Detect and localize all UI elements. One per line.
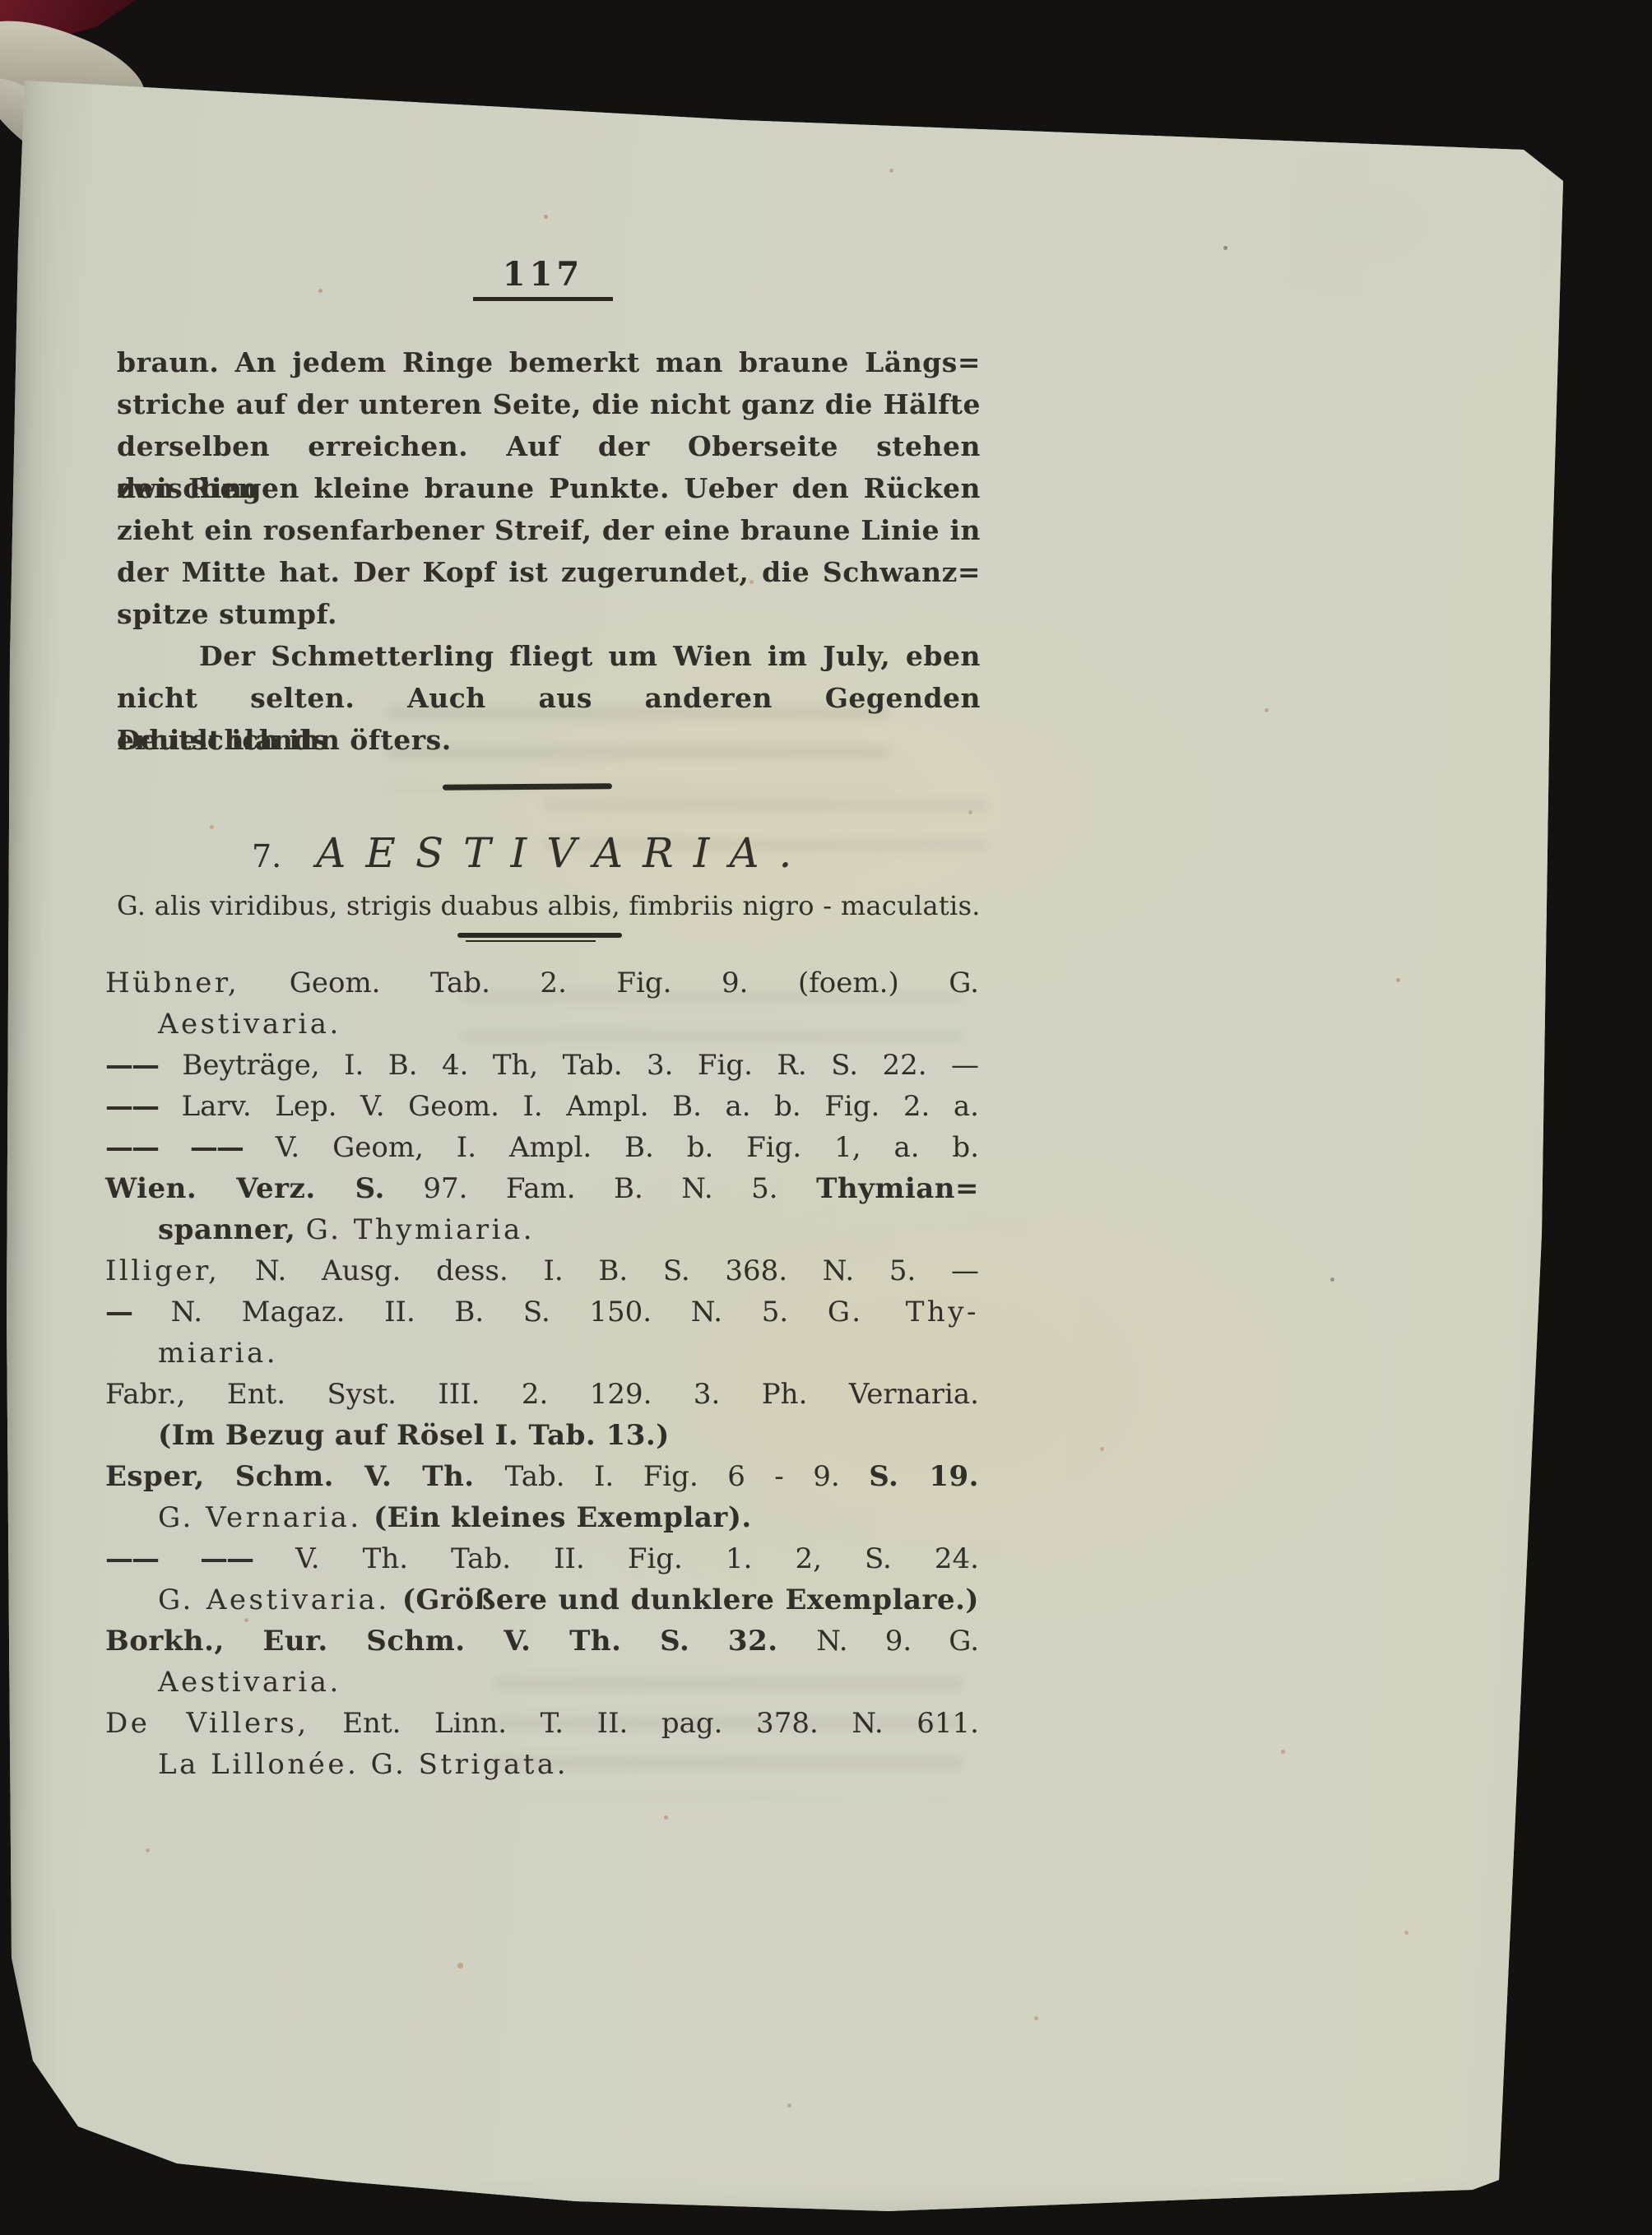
text-segment: 97. Fam. B. N. 5.: [385, 1172, 816, 1205]
text-segment: Borkh., Eur. Schm. V. Th. S. 32.: [105, 1625, 816, 1658]
text-segment: N. Ausg. dess. I. B. S. 368. N. 5. —: [220, 1254, 979, 1287]
latin-diagnosis: G. alis viridibus, strigis duabus albis,…: [117, 890, 985, 921]
ditto-dash: ——: [105, 1090, 158, 1123]
text-segment: V. Th. Tab. II. Fig. 1. 2, S. 24.: [253, 1542, 979, 1575]
page-number: 117: [473, 255, 613, 301]
text-segment: spanner,: [158, 1213, 306, 1246]
separator-rule: [443, 783, 612, 790]
text-segment: Aestivaria.: [158, 1008, 341, 1041]
text-segment: Esper, Schm. V. Th.: [105, 1460, 505, 1493]
reference-line: G. Vernaria. (Ein kleines Exemplar).: [105, 1497, 979, 1538]
reference-line: Illiger, N. Ausg. dess. I. B. S. 368. N.…: [105, 1250, 979, 1291]
reference-line: G. Aestivaria. (Größere und dunklere Exe…: [105, 1579, 979, 1621]
reference-line: Aestivaria.: [105, 1004, 979, 1045]
species-name: AESTIVARIA.: [316, 829, 811, 877]
text-line: spitze stumpf.: [117, 593, 981, 635]
reference-line: miaria.: [105, 1333, 979, 1374]
ditto-dash: —— ——: [105, 1542, 253, 1575]
text-line: erhielt ich ihn öfters.: [117, 719, 981, 761]
reference-line: (Im Bezug auf Rösel I. Tab. 13.): [105, 1415, 979, 1456]
text-segment: N. 9. G.: [816, 1625, 979, 1658]
text-line: der Mitte hat. Der Kopf ist zugerundet, …: [117, 551, 981, 593]
text-segment: G. Thymiaria.: [306, 1213, 535, 1246]
reference-line: Esper, Schm. V. Th. Tab. I. Fig. 6 - 9. …: [105, 1456, 979, 1497]
separator-double-rule: [457, 933, 622, 942]
text-line: Der Schmetterling fliegt um Wien im July…: [117, 635, 981, 677]
text-segment: G. Thy-: [828, 1296, 979, 1328]
text-segment: Beyträge, I. B. 4. Th, Tab. 3. Fig. R. S…: [158, 1049, 979, 1082]
text-segment: La Lillonée. G. Strigata.: [158, 1748, 568, 1781]
text-segment: Geom. Tab. 2. Fig. 9. (foem.) G.: [239, 967, 979, 999]
reference-line: —— Larv. Lep. V. Geom. I. Ampl. B. a. b.…: [105, 1086, 979, 1127]
text-line: den Ringen kleine braune Punkte. Ueber d…: [117, 467, 981, 509]
reference-line: Aestivaria.: [105, 1662, 979, 1703]
text-segment: Illiger,: [105, 1254, 220, 1287]
text-segment: N. Magaz. II. B. S. 150. N. 5.: [132, 1296, 828, 1328]
text-line: braun. An jedem Ringe bemerkt man braune…: [117, 341, 981, 383]
reference-line: Wien. Verz. S. 97. Fam. B. N. 5. Thymian…: [105, 1168, 979, 1209]
reference-line: —— —— V. Geom, I. Ampl. B. b. Fig. 1, a.…: [105, 1127, 979, 1168]
paragraph-occurrence: Der Schmetterling fliegt um Wien im July…: [117, 635, 981, 761]
text-segment: Aestivaria.: [158, 1666, 341, 1699]
text-segment: De Villers,: [105, 1707, 309, 1740]
text-segment: Tab. I. Fig. 6 - 9.: [505, 1460, 870, 1493]
paragraph-description: braun. An jedem Ringe bemerkt man braune…: [117, 341, 981, 635]
text-segment: G. Vernaria.: [158, 1501, 374, 1534]
text-segment: miaria.: [158, 1337, 278, 1370]
text-segment: Ent. Linn. T. II. pag. 378. N. 611.: [309, 1707, 979, 1740]
species-number: 7.: [252, 838, 281, 874]
reference-list: Hübner, Geom. Tab. 2. Fig. 9. (foem.) G.…: [105, 962, 979, 1785]
rule-thin-bar: [466, 940, 596, 942]
text-segment: V. Geom, I. Ampl. B. b. Fig. 1, a. b.: [243, 1131, 979, 1164]
text-segment: Thymian=: [816, 1172, 979, 1205]
text-line: nicht selten. Auch aus anderen Gegenden …: [117, 677, 981, 719]
reference-line: De Villers, Ent. Linn. T. II. pag. 378. …: [105, 1703, 979, 1744]
text-segment: Fabr., Ent. Syst. III. 2. 129. 3. Ph. Ve…: [105, 1378, 979, 1411]
text-segment: Hübner,: [105, 967, 239, 999]
text-segment: G. Aestivaria.: [158, 1584, 402, 1616]
text-segment: (Größere und dunklere Exemplare.): [402, 1584, 979, 1616]
text-line: striche auf der unteren Seite, die nicht…: [117, 383, 981, 425]
text-line: derselben erreichen. Auf der Oberseite s…: [117, 425, 981, 467]
reference-line: Fabr., Ent. Syst. III. 2. 129. 3. Ph. Ve…: [105, 1374, 979, 1415]
reference-line: Borkh., Eur. Schm. V. Th. S. 32. N. 9. G…: [105, 1621, 979, 1662]
species-heading: 7. AESTIVARIA.: [252, 829, 811, 877]
text-segment: (Ein kleines Exemplar).: [374, 1501, 752, 1534]
text-line: zieht ein rosenfarbener Streif, der eine…: [117, 509, 981, 551]
text-segment: S. 19.: [869, 1460, 979, 1493]
reference-line: —— —— V. Th. Tab. II. Fig. 1. 2, S. 24.: [105, 1538, 979, 1579]
reference-line: La Lillonée. G. Strigata.: [105, 1744, 979, 1785]
text-segment: Wien. Verz. S.: [105, 1172, 385, 1205]
ditto-dash: —— ——: [105, 1131, 243, 1164]
reference-line: —— Beyträge, I. B. 4. Th, Tab. 3. Fig. R…: [105, 1045, 979, 1086]
book-page: 117 braun. An jedem Ringe bemerkt man br…: [0, 0, 1652, 2235]
rule-thick-bar: [457, 933, 622, 938]
text-segment: Larv. Lep. V. Geom. I. Ampl. B. a. b. Fi…: [158, 1090, 979, 1123]
ditto-dash: ——: [105, 1049, 158, 1082]
reference-line: Hübner, Geom. Tab. 2. Fig. 9. (foem.) G.: [105, 962, 979, 1004]
ditto-dash: —: [105, 1296, 132, 1328]
text-segment: (Im Bezug auf Rösel I. Tab. 13.): [158, 1419, 670, 1452]
reference-line: — N. Magaz. II. B. S. 150. N. 5. G. Thy-: [105, 1291, 979, 1333]
reference-line: spanner, G. Thymiaria.: [105, 1209, 979, 1250]
